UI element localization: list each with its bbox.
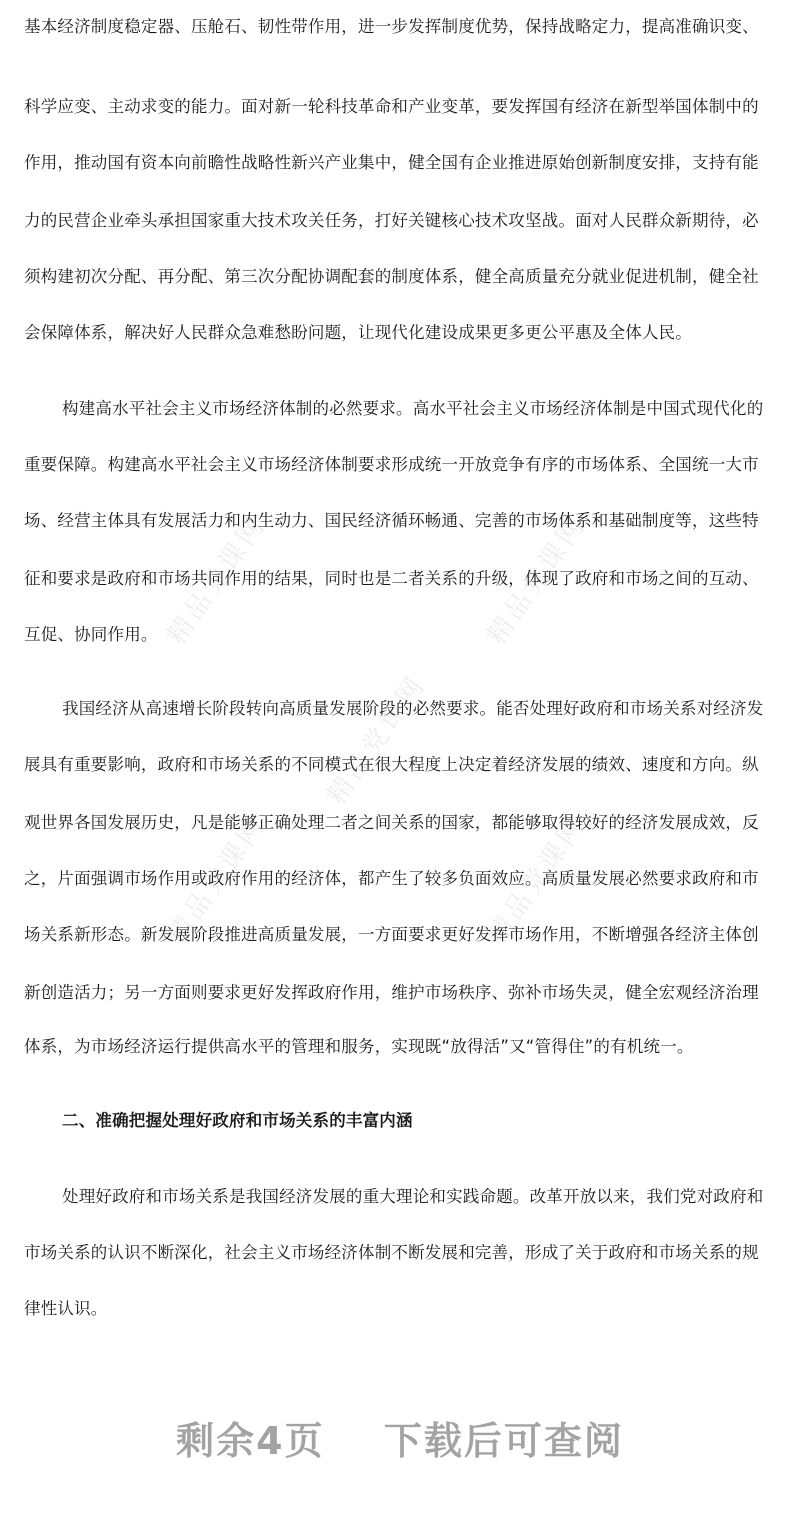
section-heading: 二、准确把握处理好政府和市场关系的丰富内涵 [62,1110,800,1132]
paragraph-line: 律性认识。 [24,1298,784,1320]
download-prompt-banner[interactable]: 剩余4页 下载后可查阅 [0,1410,800,1465]
paragraph-line: 重要保障。构建高水平社会主义市场经济体制要求形成统一开放竞争有序的市场体系、全国… [24,454,784,476]
paragraph-line: 展具有重要影响，政府和市场关系的不同模式在很大程度上决定着经济发展的绩效、速度和… [24,754,784,776]
remaining-pages-label: 剩余4页 [176,1419,324,1463]
paragraph-line: 场、经营主体具有发展活力和内生动力、国民经济循环畅通、完善的市场体系和基础制度等… [24,510,784,532]
paragraph-line: 之，片面强调市场作用或政府作用的经济体，都产生了较多负面效应。高质量发展必然要求… [24,868,784,890]
paragraph-line: 须构建初次分配、再分配、第三次分配协调配套的制度体系，健全高质量充分就业促进机制… [24,266,784,288]
paragraph-line: 场关系新形态。新发展阶段推进高质量发展，一方面要求更好发挥市场作用，不断增强各经… [24,924,784,946]
paragraph-line: 我国经济从高速增长阶段转向高质量发展阶段的必然要求。能否处理好政府和市场关系对经… [62,698,784,720]
watermark: 精品党课网 [317,666,433,810]
paragraph-line: 互促、协同作用。 [24,624,784,646]
paragraph-line: 征和要求是政府和市场共同作用的结果，同时也是二者关系的升级，体现了政府和市场之间… [24,568,784,590]
document-page: 精品党课网 精品党课网 精品党课网 精品党课网 精品党课网 基本经济制度稳定器、… [0,0,800,1513]
paragraph-line: 新创造活力；另一方面则要求更好发挥政府作用，维护市场秩序、弥补市场失灵，健全宏观… [24,982,784,1004]
paragraph-line: 处理好政府和市场关系是我国经济发展的重大理论和实践命题。改革开放以来，我们党对政… [62,1186,784,1208]
paragraph-line: 科学应变、主动求变的能力。面对新一轮科技革命和产业变革，要发挥国有经济在新型举国… [24,96,784,118]
paragraph-line: 基本经济制度稳定器、压舱石、韧性带作用，进一步发挥制度优势，保持战略定力，提高准… [24,16,784,38]
paragraph-line: 构建高水平社会主义市场经济体制的必然要求。高水平社会主义市场经济体制是中国式现代… [62,398,784,420]
paragraph-line: 作用，推动国有资本向前瞻性战略性新兴产业集中，健全国有企业推进原始创新制度安排，… [24,152,784,174]
paragraph-line: 市场关系的认识不断深化，社会主义市场经济体制不断发展和完善，形成了关于政府和市场… [24,1242,784,1264]
paragraph-line: 体系，为市场经济运行提供高水平的管理和服务，实现既“放得活”又“管得住”的有机统… [24,1036,784,1058]
paragraph-line: 力的民营企业牵头承担国家重大技术攻关任务，打好关键核心技术攻坚战。面对人民群众新… [24,210,784,232]
paragraph-line: 观世界各国发展历史，凡是能够正确处理二者之间关系的国家，都能够取得较好的经济发展… [24,812,784,834]
paragraph-line: 会保障体系，解决好人民群众急难愁盼问题，让现代化建设成果更多更公平惠及全体人民。 [24,322,784,344]
download-to-view-label[interactable]: 下载后可查阅 [384,1419,624,1463]
